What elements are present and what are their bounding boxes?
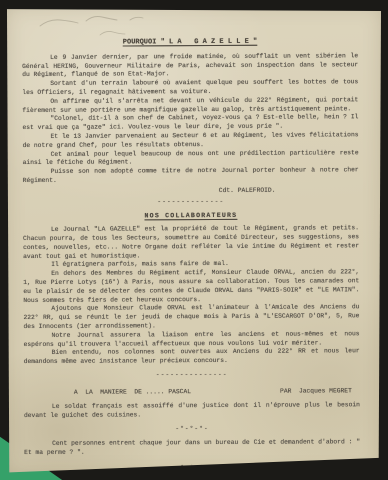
article3-heading-row: A LA MANIERE DE ..... PASCAL PAR Jacques… <box>24 387 360 398</box>
article2-heading: NOS COLLABORATEURS <box>23 212 359 223</box>
separator-ornament: -°-°-°- <box>24 464 360 475</box>
article3-paragraph: Le soldat français est assoiffé d'une ju… <box>24 402 360 421</box>
article2-paragraph: Notre Journal assurera la liaison entre … <box>24 330 360 349</box>
article3-byline: PAR Jacques MEGRET <box>280 387 352 396</box>
article3-heading: A LA MANIERE DE ..... PASCAL <box>74 388 191 397</box>
article2-paragraph: Bien entendu, nos colonnes sont ouvertes… <box>24 348 360 367</box>
article1-signature: Cdt. PALEFROID. <box>23 186 359 197</box>
photo-background: POURQUOI " L A G A Z E L L E " Le 9 Janv… <box>0 0 388 480</box>
article3-paragraph: Cent personnes entrent chaque jour dans … <box>24 438 360 457</box>
article2-paragraph: Le Journal "LA GAZELLE" est la propriété… <box>23 224 359 261</box>
separator-ornament: -°-°-°- <box>24 424 360 435</box>
article1-paragraph: Sortant d'un terrain labouré où avaient … <box>22 78 358 97</box>
article1-paragraph: On affirme qu'il s'arrêta net devant un … <box>22 96 358 115</box>
article1-paragraph: Cet animal pour lequel beaucoup de nous … <box>23 149 359 168</box>
article1-paragraph: Le 9 Janvier dernier, par une froide mat… <box>22 52 358 80</box>
typewritten-content: POURQUOI " L A G A Z E L L E " Le 9 Janv… <box>22 37 360 476</box>
article1-paragraph: Et le 13 Janvier parvenaient au Secteur … <box>22 131 358 150</box>
separator-dashes: --------------- <box>24 370 360 381</box>
pencil-annotation <box>34 8 164 42</box>
article1-title: POURQUOI " L A G A Z E L L E " <box>22 37 358 48</box>
article1-paragraph: Puisse son nom adopté comme titre de not… <box>23 166 359 185</box>
article1-paragraph: "Colonel, dit-il à son chef de Cabinet, … <box>22 114 358 133</box>
separator-dashes: -------------- <box>23 197 359 208</box>
document-page: POURQUOI " L A G A Z E L L E " Le 9 Janv… <box>0 0 388 480</box>
article2-paragraph: Ajoutons que Monsieur Claude ORVAL est l… <box>23 304 359 332</box>
article2-paragraph: En dehors des Membres du Régiment actif,… <box>23 268 359 305</box>
